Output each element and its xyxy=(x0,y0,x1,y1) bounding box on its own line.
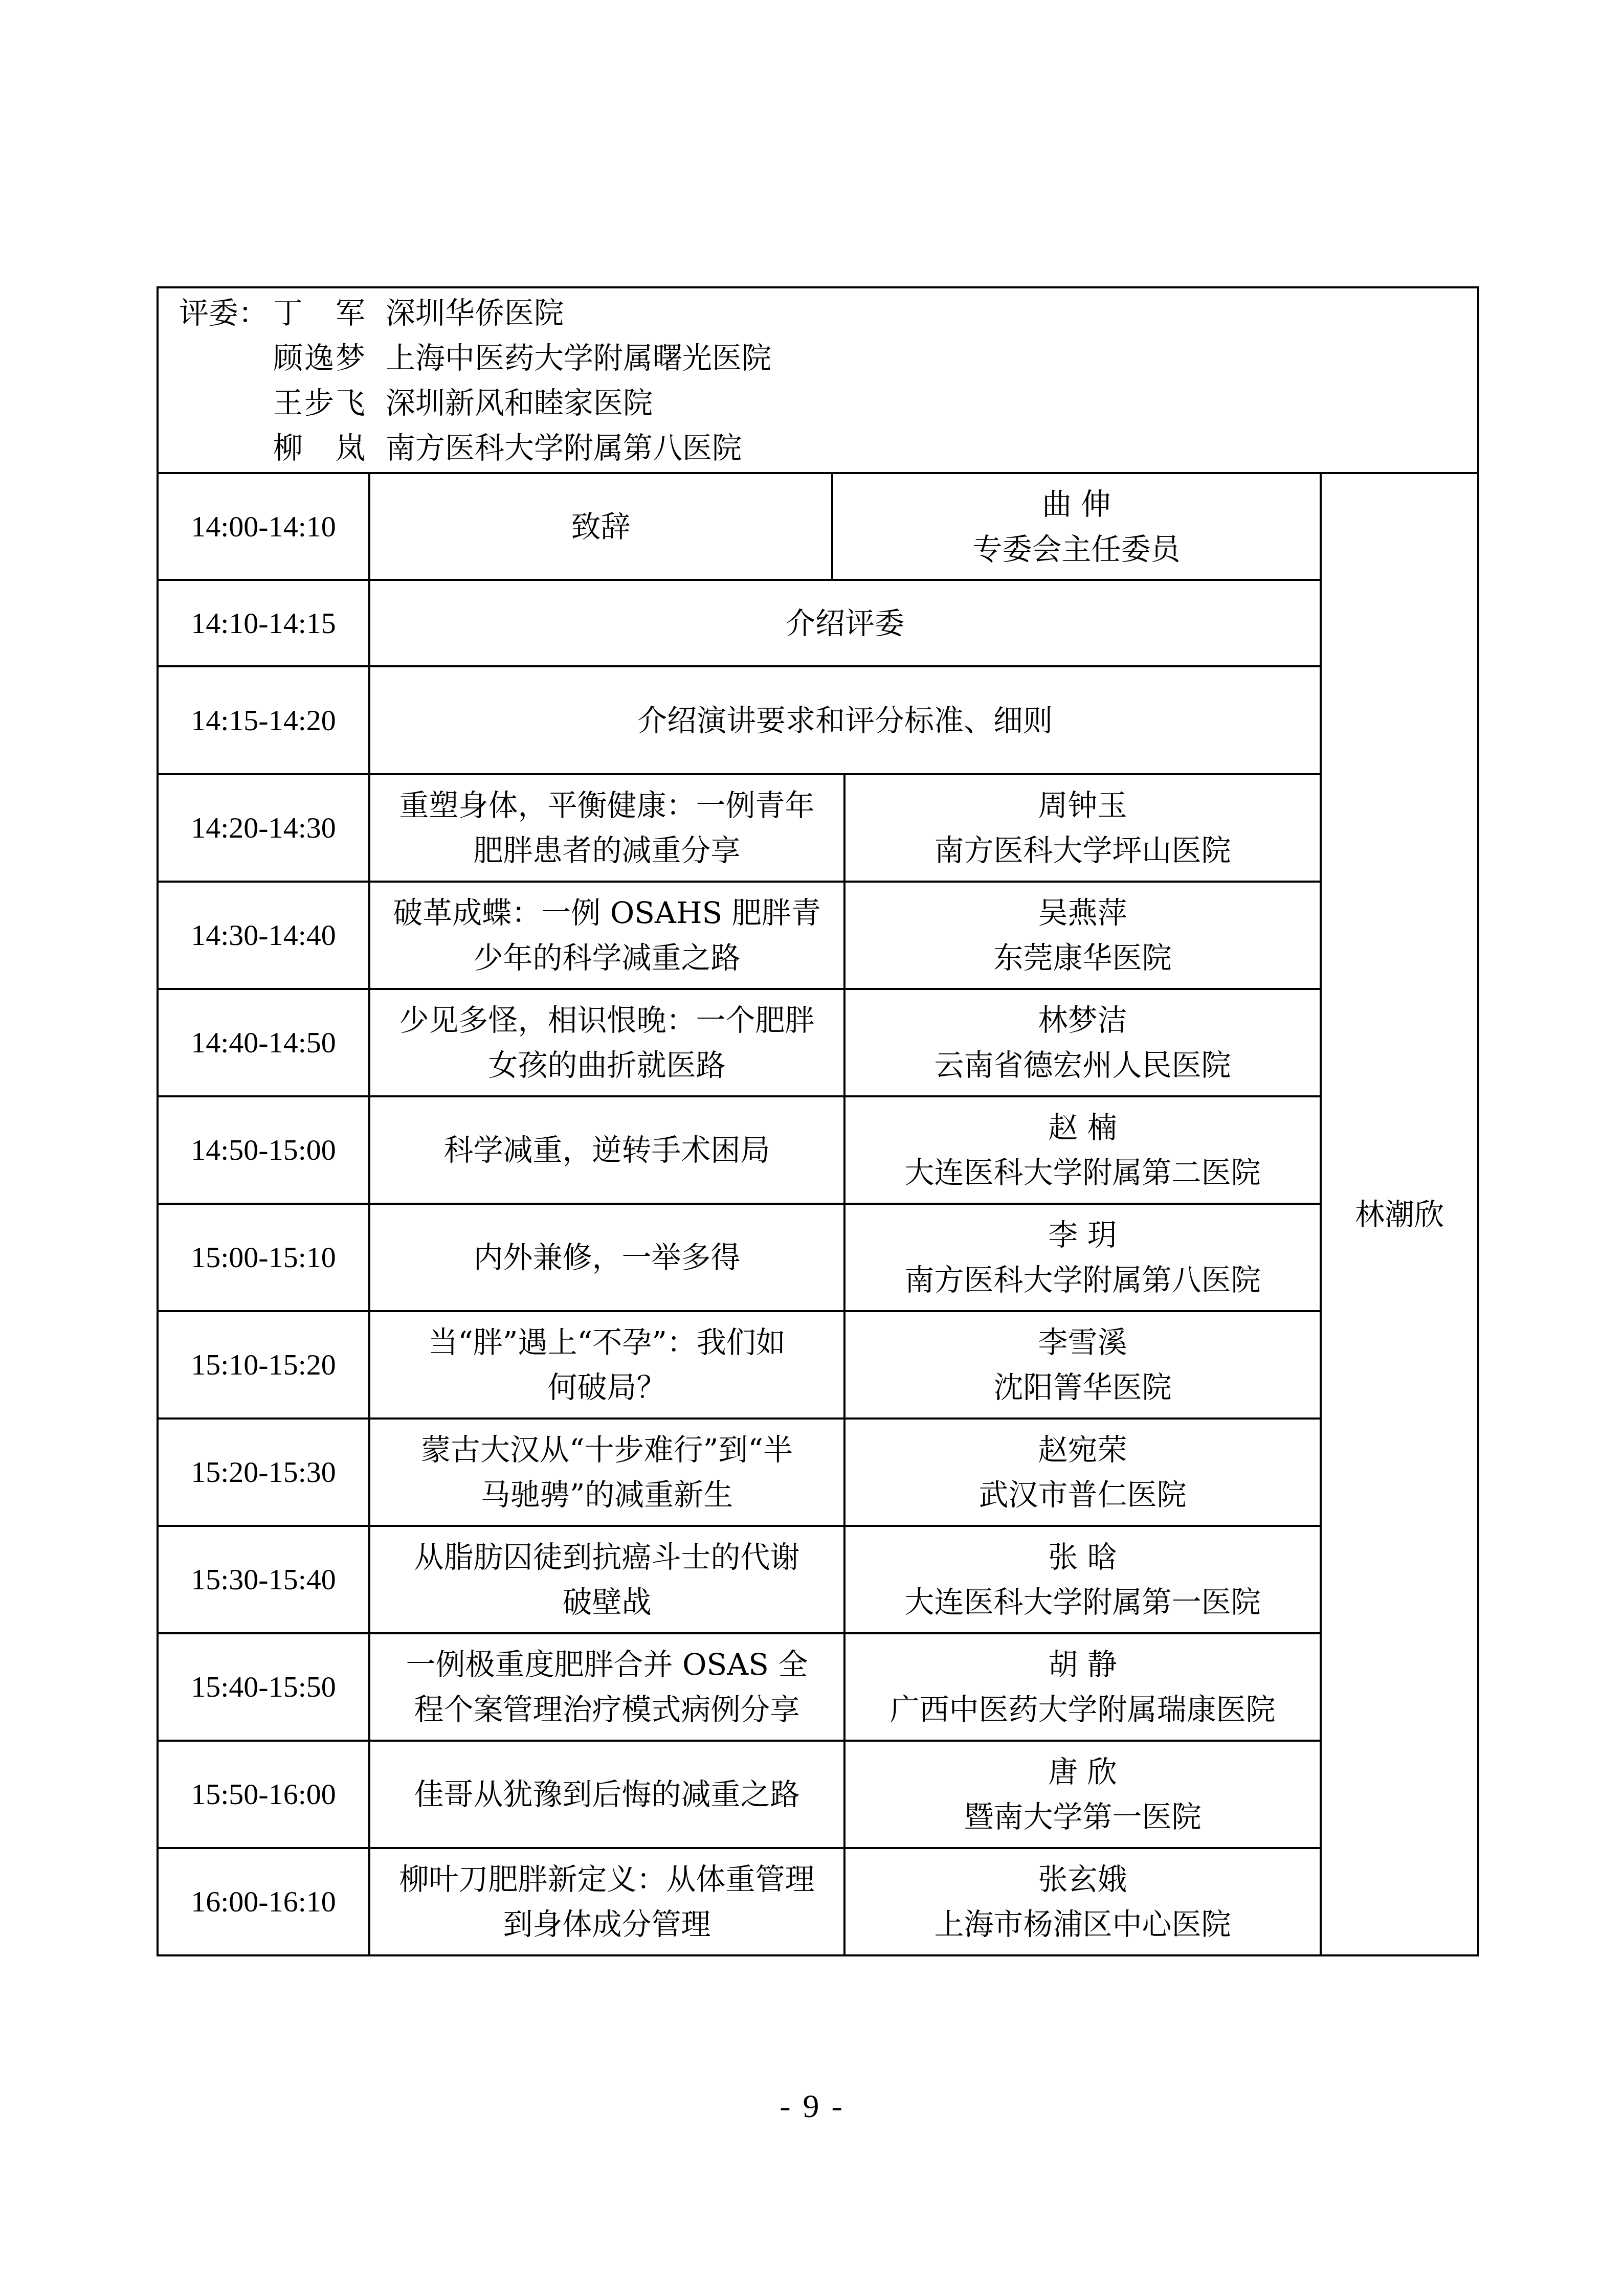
talk-row: 15:10-15:20 当“胖”遇上“不孕”：我们如何破局？ 李雪溪沈阳箐华医院 xyxy=(158,1311,1478,1419)
time-cell: 14:20-14:30 xyxy=(158,774,369,882)
title-line: 破壁战 xyxy=(370,1580,843,1625)
speaker-name: 吴燕萍 xyxy=(846,890,1320,935)
judge-name: 王步飞 xyxy=(273,380,365,425)
title-cell: 重塑身体，平衡健康：一例青年肥胖患者的减重分享 xyxy=(369,774,844,882)
title-line: 少年的科学减重之路 xyxy=(370,935,843,980)
title-line: 当“胖”遇上“不孕”：我们如 xyxy=(370,1320,843,1365)
speaker-org: 沈阳箐华医院 xyxy=(846,1365,1320,1410)
intro-rules-row: 14:15-14:20 介绍演讲要求和评分标准、细则 xyxy=(158,666,1478,774)
judge-name: 丁 军 xyxy=(273,290,365,335)
speaker-name: 赵宛荣 xyxy=(846,1427,1320,1472)
title-cell: 少见多怪，相识恨晚：一个肥胖女孩的曲折就医路 xyxy=(369,989,844,1096)
speaker-name: 张 晗 xyxy=(846,1535,1320,1580)
title-line: 女孩的曲折就医路 xyxy=(370,1043,843,1088)
speaker-role: 专委会主任委员 xyxy=(833,527,1320,572)
judge-name: 柳 岚 xyxy=(273,425,365,470)
talk-row: 16:00-16:10 柳叶刀肥胖新定义：从体重管理到身体成分管理 张玄娥上海市… xyxy=(158,1848,1478,1955)
title-cell: 破革成蝶：一例 OSAHS 肥胖青少年的科学减重之路 xyxy=(369,882,844,989)
title-cell: 柳叶刀肥胖新定义：从体重管理到身体成分管理 xyxy=(369,1848,844,1955)
speaker-org: 南方医科大学附属第八医院 xyxy=(846,1257,1320,1302)
speaker-cell: 唐 欣暨南大学第一医院 xyxy=(844,1741,1321,1848)
speaker-org: 武汉市普仁医院 xyxy=(846,1472,1320,1517)
talk-row: 15:20-15:30 蒙古大汉从“十步难行”到“半马驰骋”的减重新生 赵宛荣武… xyxy=(158,1419,1478,1526)
talk-row: 15:50-16:00 佳哥从犹豫到后悔的减重之路 唐 欣暨南大学第一医院 xyxy=(158,1741,1478,1848)
time-cell: 15:00-15:10 xyxy=(158,1204,369,1311)
judge-org: 上海中医药大学附属曙光医院 xyxy=(386,335,771,380)
time-cell: 15:30-15:40 xyxy=(158,1526,369,1633)
speaker-cell: 赵 楠大连医科大学附属第二医院 xyxy=(844,1096,1321,1204)
speaker-name: 李 玥 xyxy=(846,1212,1320,1257)
judge-org: 南方医科大学附属第八医院 xyxy=(386,425,742,470)
speaker-name: 唐 欣 xyxy=(846,1749,1320,1794)
time-cell: 14:30-14:40 xyxy=(158,882,369,989)
speaker-org: 云南省德宏州人民医院 xyxy=(846,1043,1320,1088)
speaker-org: 上海市杨浦区中心医院 xyxy=(846,1902,1320,1947)
judges-label: 评委： xyxy=(159,290,273,335)
speaker-name: 林梦洁 xyxy=(846,998,1320,1043)
title-cell: 一例极重度肥胖合并 OSAS 全程个案管理治疗模式病例分享 xyxy=(369,1633,844,1741)
talk-row: 14:40-14:50 少见多怪，相识恨晚：一个肥胖女孩的曲折就医路 林梦洁云南… xyxy=(158,989,1478,1096)
time-cell: 16:00-16:10 xyxy=(158,1848,369,1955)
title-cell: 佳哥从犹豫到后悔的减重之路 xyxy=(369,1741,844,1848)
time-cell: 14:50-15:00 xyxy=(158,1096,369,1204)
intro-judges-row: 14:10-14:15 介绍评委 xyxy=(158,580,1478,666)
speaker-org: 大连医科大学附属第二医院 xyxy=(846,1150,1320,1195)
title-line: 柳叶刀肥胖新定义：从体重管理 xyxy=(370,1857,843,1902)
title-line: 佳哥从犹豫到后悔的减重之路 xyxy=(370,1772,843,1817)
speaker-name: 胡 静 xyxy=(846,1642,1320,1687)
judges-row: 评委： 丁 军 深圳华侨医院 顾逸梦 上海中医药大学附属曙光医院 王步飞 深圳新… xyxy=(158,287,1478,473)
title-line: 少见多怪，相识恨晚：一个肥胖 xyxy=(370,998,843,1043)
schedule-table: 评委： 丁 军 深圳华侨医院 顾逸梦 上海中医药大学附属曙光医院 王步飞 深圳新… xyxy=(157,286,1479,1956)
speaker-name: 曲 伸 xyxy=(833,482,1320,527)
time-cell: 14:10-14:15 xyxy=(158,580,369,666)
time-cell: 14:00-14:10 xyxy=(158,473,369,580)
page-number: - 9 - xyxy=(0,2087,1624,2125)
speaker-cell: 胡 静广西中医药大学附属瑞康医院 xyxy=(844,1633,1321,1741)
judge-entry: 王步飞 深圳新风和睦家医院 xyxy=(159,380,1477,425)
speaker-cell: 李雪溪沈阳箐华医院 xyxy=(844,1311,1321,1419)
talk-row: 15:30-15:40 从脂肪囚徒到抗癌斗士的代谢破壁战 张 晗大连医科大学附属… xyxy=(158,1526,1478,1633)
title-line: 内外兼修，一举多得 xyxy=(370,1235,843,1280)
time-cell: 15:40-15:50 xyxy=(158,1633,369,1741)
title-line: 程个案管理治疗模式病例分享 xyxy=(370,1687,843,1732)
speaker-cell: 周钟玉南方医科大学坪山医院 xyxy=(844,774,1321,882)
title-line: 破革成蝶：一例 OSAHS 肥胖青 xyxy=(370,890,843,935)
title-cell: 科学减重，逆转手术困局 xyxy=(369,1096,844,1204)
title-cell: 蒙古大汉从“十步难行”到“半马驰骋”的减重新生 xyxy=(369,1419,844,1526)
speaker-cell: 吴燕萍东莞康华医院 xyxy=(844,882,1321,989)
time-cell: 14:40-14:50 xyxy=(158,989,369,1096)
judge-org: 深圳华侨医院 xyxy=(386,290,564,335)
speaker-cell: 林梦洁云南省德宏州人民医院 xyxy=(844,989,1321,1096)
title-line: 从脂肪囚徒到抗癌斗士的代谢 xyxy=(370,1535,843,1580)
judge-entry: 顾逸梦 上海中医药大学附属曙光医院 xyxy=(159,335,1477,380)
title-line: 何破局？ xyxy=(370,1365,843,1410)
title-cell: 从脂肪囚徒到抗癌斗士的代谢破壁战 xyxy=(369,1526,844,1633)
title-line: 科学减重，逆转手术困局 xyxy=(370,1128,843,1173)
speaker-name: 周钟玉 xyxy=(846,783,1320,828)
speaker-name: 张玄娥 xyxy=(846,1857,1320,1902)
speaker-name: 李雪溪 xyxy=(846,1320,1320,1365)
time-cell: 15:20-15:30 xyxy=(158,1419,369,1526)
speaker-org: 东莞康华医院 xyxy=(846,935,1320,980)
document-page: 评委： 丁 军 深圳华侨医院 顾逸梦 上海中医药大学附属曙光医院 王步飞 深圳新… xyxy=(0,0,1624,2296)
talk-row: 14:20-14:30 重塑身体，平衡健康：一例青年肥胖患者的减重分享 周钟玉南… xyxy=(158,774,1478,882)
opening-row: 14:00-14:10 致辞 曲 伸 专委会主任委员 林潮欣 xyxy=(158,473,1478,580)
speaker-cell: 赵宛荣武汉市普仁医院 xyxy=(844,1419,1321,1526)
speaker-cell: 李 玥南方医科大学附属第八医院 xyxy=(844,1204,1321,1311)
speaker-name: 赵 楠 xyxy=(846,1105,1320,1150)
speaker-org: 南方医科大学坪山医院 xyxy=(846,828,1320,873)
judge-org: 深圳新风和睦家医院 xyxy=(386,380,653,425)
time-cell: 15:10-15:20 xyxy=(158,1311,369,1419)
speaker-cell: 张玄娥上海市杨浦区中心医院 xyxy=(844,1848,1321,1955)
judges-cell: 评委： 丁 军 深圳华侨医院 顾逸梦 上海中医药大学附属曙光医院 王步飞 深圳新… xyxy=(158,287,1478,473)
judge-name: 顾逸梦 xyxy=(273,335,365,380)
speaker-org: 大连医科大学附属第一医院 xyxy=(846,1580,1320,1625)
speaker-org: 暨南大学第一医院 xyxy=(846,1794,1320,1839)
judge-entry: 柳 岚 南方医科大学附属第八医院 xyxy=(159,425,1477,470)
time-cell: 15:50-16:00 xyxy=(158,1741,369,1848)
title-line: 重塑身体，平衡健康：一例青年 xyxy=(370,783,843,828)
title-cell: 内外兼修，一举多得 xyxy=(369,1204,844,1311)
talk-row: 15:00-15:10 内外兼修，一举多得 李 玥南方医科大学附属第八医院 xyxy=(158,1204,1478,1311)
moderator-cell: 林潮欣 xyxy=(1321,473,1478,1955)
title-line: 一例极重度肥胖合并 OSAS 全 xyxy=(370,1642,843,1687)
time-cell: 14:15-14:20 xyxy=(158,666,369,774)
title-line: 到身体成分管理 xyxy=(370,1902,843,1947)
judge-entry: 评委： 丁 军 深圳华侨医院 xyxy=(159,290,1477,335)
title-line: 马驰骋”的减重新生 xyxy=(370,1472,843,1517)
title-cell: 介绍演讲要求和评分标准、细则 xyxy=(369,666,1321,774)
talk-row: 15:40-15:50 一例极重度肥胖合并 OSAS 全程个案管理治疗模式病例分… xyxy=(158,1633,1478,1741)
title-cell: 当“胖”遇上“不孕”：我们如何破局？ xyxy=(369,1311,844,1419)
title-cell: 介绍评委 xyxy=(369,580,1321,666)
title-line: 肥胖患者的减重分享 xyxy=(370,828,843,873)
speaker-cell: 曲 伸 专委会主任委员 xyxy=(832,473,1321,580)
speaker-cell: 张 晗大连医科大学附属第一医院 xyxy=(844,1526,1321,1633)
talk-row: 14:50-15:00 科学减重，逆转手术困局 赵 楠大连医科大学附属第二医院 xyxy=(158,1096,1478,1204)
speaker-org: 广西中医药大学附属瑞康医院 xyxy=(846,1687,1320,1732)
title-cell: 致辞 xyxy=(369,473,832,580)
talk-row: 14:30-14:40 破革成蝶：一例 OSAHS 肥胖青少年的科学减重之路 吴… xyxy=(158,882,1478,989)
title-line: 蒙古大汉从“十步难行”到“半 xyxy=(370,1427,843,1472)
